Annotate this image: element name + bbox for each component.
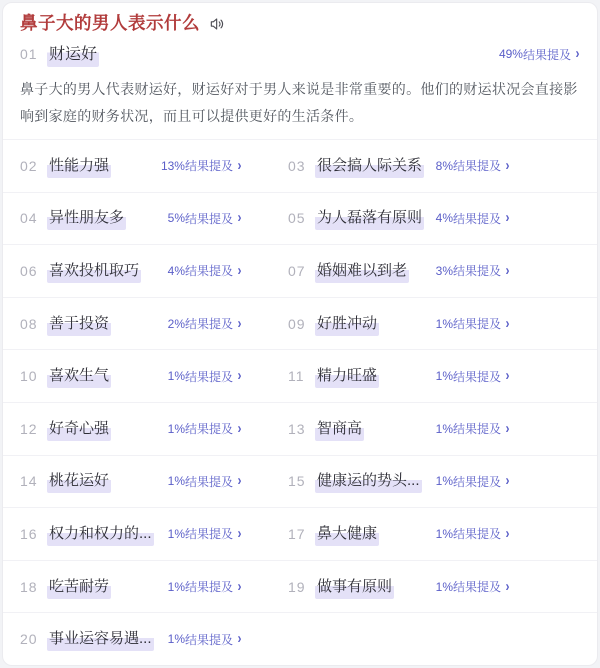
mention-suffix: 结果提及 [185, 210, 233, 227]
header: 鼻子大的男人表示什么 [3, 3, 597, 35]
item-rank: 12 [20, 421, 47, 437]
mention-percent: 5% [168, 211, 185, 225]
item-label: 善于投资 [47, 312, 111, 336]
mention-suffix: 结果提及 [453, 210, 501, 227]
item-label: 婚姻难以到老 [315, 259, 409, 283]
mention-suffix: 结果提及 [523, 46, 571, 63]
chevron-right-icon: › [506, 160, 510, 172]
list-item[interactable]: 04异性朋友多5%结果提及› [20, 206, 242, 230]
mention-percent: 1% [436, 527, 453, 541]
item-description: 鼻子大的男人代表财运好，财运好对于男人来说是非常重要的。他们的财运状况会直接影响… [20, 76, 580, 139]
mention-suffix: 结果提及 [185, 262, 233, 279]
list-item[interactable]: 11精力旺盛1%结果提及› [288, 364, 510, 388]
item-label: 桃花运好 [47, 469, 111, 493]
list-item[interactable]: 20事业运容易遇...1%结果提及› [20, 627, 242, 651]
chevron-right-icon: › [506, 581, 510, 593]
chevron-right-icon: › [238, 160, 242, 172]
item-mention-link[interactable]: 1%结果提及› [168, 420, 242, 437]
item-rank: 09 [288, 316, 315, 332]
item-mention-link[interactable]: 49%结果提及› [499, 46, 580, 63]
list-item[interactable]: 02性能力强13%结果提及› [20, 154, 242, 178]
item-label: 好胜冲动 [315, 312, 379, 336]
item-rank: 04 [20, 210, 47, 226]
grid-row: 02性能力强13%结果提及›03很会搞人际关系8%结果提及› [3, 139, 597, 192]
mention-suffix: 结果提及 [453, 525, 501, 542]
list-item[interactable]: 05为人磊落有原则4%结果提及› [288, 206, 510, 230]
grid-row: 16权力和权力的...1%结果提及›17鼻大健康1%结果提及› [3, 507, 597, 560]
item-mention-link[interactable]: 1%结果提及› [436, 473, 510, 490]
grid-row: 10喜欢生气1%结果提及›11精力旺盛1%结果提及› [3, 349, 597, 402]
item-label: 鼻大健康 [315, 522, 379, 546]
list-item[interactable]: 19做事有原则1%结果提及› [288, 575, 510, 599]
chevron-right-icon: › [238, 212, 242, 224]
chevron-right-icon: › [238, 318, 242, 330]
item-mention-link[interactable]: 5%结果提及› [168, 210, 242, 227]
mention-percent: 1% [436, 422, 453, 436]
item-mention-link[interactable]: 13%结果提及› [161, 157, 242, 174]
mention-percent: 1% [168, 474, 185, 488]
item-label: 喜欢生气 [47, 364, 111, 388]
mention-suffix: 结果提及 [185, 157, 233, 174]
list-item[interactable]: 09好胜冲动1%结果提及› [288, 312, 510, 336]
list-item-featured[interactable]: 01 财运好 49%结果提及› [3, 36, 597, 72]
item-mention-link[interactable]: 4%结果提及› [168, 262, 242, 279]
mention-suffix: 结果提及 [453, 578, 501, 595]
mention-suffix: 结果提及 [453, 315, 501, 332]
item-label: 智商高 [315, 417, 364, 441]
chevron-right-icon: › [238, 370, 242, 382]
chevron-right-icon: › [238, 633, 242, 645]
item-label: 异性朋友多 [47, 206, 126, 230]
item-label: 权力和权力的... [47, 522, 154, 546]
item-mention-link[interactable]: 1%结果提及› [168, 473, 242, 490]
page-title: 鼻子大的男人表示什么 [20, 11, 200, 35]
chevron-right-icon: › [238, 475, 242, 487]
item-mention-link[interactable]: 1%结果提及› [436, 315, 510, 332]
grid-row: 18吃苦耐劳1%结果提及›19做事有原则1%结果提及› [3, 560, 597, 613]
grid-row: 20事业运容易遇...1%结果提及› [3, 612, 597, 665]
mention-percent: 1% [168, 632, 185, 646]
mention-percent: 1% [168, 422, 185, 436]
mention-percent: 4% [168, 264, 185, 278]
mention-suffix: 结果提及 [453, 368, 501, 385]
mention-percent: 8% [436, 159, 453, 173]
item-rank: 01 [20, 46, 47, 62]
item-mention-link[interactable]: 1%结果提及› [168, 631, 242, 648]
item-rank: 10 [20, 368, 47, 384]
item-label: 为人磊落有原则 [315, 206, 424, 230]
item-rank: 14 [20, 473, 47, 489]
grid-row: 04异性朋友多5%结果提及›05为人磊落有原则4%结果提及› [3, 192, 597, 245]
mention-suffix: 结果提及 [453, 420, 501, 437]
item-mention-link[interactable]: 1%结果提及› [168, 525, 242, 542]
item-mention-link[interactable]: 8%结果提及› [436, 157, 510, 174]
item-label: 做事有原则 [315, 575, 394, 599]
chevron-right-icon: › [238, 423, 242, 435]
item-mention-link[interactable]: 1%结果提及› [436, 578, 510, 595]
item-label: 事业运容易遇... [47, 627, 154, 651]
mention-suffix: 结果提及 [185, 525, 233, 542]
item-rank: 06 [20, 263, 47, 279]
mention-suffix: 结果提及 [453, 262, 501, 279]
list-item[interactable]: 18吃苦耐劳1%结果提及› [20, 575, 242, 599]
item-rank: 03 [288, 158, 315, 174]
chevron-right-icon: › [506, 370, 510, 382]
list-item[interactable]: 07婚姻难以到老3%结果提及› [288, 259, 510, 283]
mention-percent: 1% [436, 474, 453, 488]
item-label: 喜欢投机取巧 [47, 259, 141, 283]
item-label: 精力旺盛 [315, 364, 379, 388]
chevron-right-icon: › [576, 48, 580, 60]
mention-suffix: 结果提及 [185, 473, 233, 490]
item-rank: 16 [20, 526, 47, 542]
items-grid: 02性能力强13%结果提及›03很会搞人际关系8%结果提及›04异性朋友多5%结… [3, 139, 597, 665]
item-rank: 17 [288, 526, 315, 542]
mention-percent: 1% [168, 527, 185, 541]
list-item[interactable]: 10喜欢生气1%结果提及› [20, 364, 242, 388]
mention-percent: 4% [436, 211, 453, 225]
item-label: 吃苦耐劳 [47, 575, 111, 599]
item-rank: 15 [288, 473, 315, 489]
mention-suffix: 结果提及 [185, 420, 233, 437]
chevron-right-icon: › [238, 265, 242, 277]
chevron-right-icon: › [506, 475, 510, 487]
item-rank: 02 [20, 158, 47, 174]
mention-suffix: 结果提及 [453, 157, 501, 174]
list-item[interactable]: 08善于投资2%结果提及› [20, 312, 242, 336]
list-item[interactable]: 17鼻大健康1%结果提及› [288, 522, 510, 546]
mention-percent: 13% [161, 159, 185, 173]
item-rank: 07 [288, 263, 315, 279]
results-card: 鼻子大的男人表示什么 01 财运好 49%结果提及› 鼻子大的男人代表财运好，财… [2, 2, 598, 666]
chevron-right-icon: › [506, 265, 510, 277]
grid-row: 06喜欢投机取巧4%结果提及›07婚姻难以到老3%结果提及› [3, 244, 597, 297]
item-mention-link[interactable]: 4%结果提及› [436, 210, 510, 227]
chevron-right-icon: › [506, 423, 510, 435]
item-mention-link[interactable]: 1%结果提及› [168, 368, 242, 385]
mention-percent: 49% [499, 47, 523, 61]
grid-row: 14桃花运好1%结果提及›15健康运的势头...1%结果提及› [3, 455, 597, 508]
item-label: 健康运的势头... [315, 469, 422, 493]
item-rank: 13 [288, 421, 315, 437]
mention-percent: 1% [436, 369, 453, 383]
mention-suffix: 结果提及 [185, 315, 233, 332]
item-mention-link[interactable]: 3%结果提及› [436, 262, 510, 279]
mention-percent: 2% [168, 317, 185, 331]
mention-percent: 1% [436, 317, 453, 331]
list-item[interactable]: 15健康运的势头...1%结果提及› [288, 469, 510, 493]
list-item[interactable]: 13智商高1%结果提及› [288, 417, 510, 441]
item-mention-link[interactable]: 1%结果提及› [436, 420, 510, 437]
chevron-right-icon: › [506, 528, 510, 540]
mention-percent: 1% [436, 580, 453, 594]
chevron-right-icon: › [238, 528, 242, 540]
speaker-icon[interactable] [209, 16, 225, 32]
item-mention-link[interactable]: 1%结果提及› [436, 368, 510, 385]
chevron-right-icon: › [238, 581, 242, 593]
mention-suffix: 结果提及 [185, 578, 233, 595]
item-rank: 05 [288, 210, 315, 226]
chevron-right-icon: › [506, 212, 510, 224]
list-item[interactable]: 03很会搞人际关系8%结果提及› [288, 154, 510, 178]
mention-percent: 3% [436, 264, 453, 278]
item-label: 很会搞人际关系 [315, 154, 424, 178]
item-mention-link[interactable]: 2%结果提及› [168, 315, 242, 332]
item-label: 财运好 [47, 41, 99, 67]
chevron-right-icon: › [506, 318, 510, 330]
item-rank: 20 [20, 631, 47, 647]
item-rank: 11 [288, 368, 315, 384]
grid-row: 08善于投资2%结果提及›09好胜冲动1%结果提及› [3, 297, 597, 350]
mention-suffix: 结果提及 [185, 631, 233, 648]
item-label: 好奇心强 [47, 417, 111, 441]
item-rank: 18 [20, 579, 47, 595]
list-item[interactable]: 06喜欢投机取巧4%结果提及› [20, 259, 242, 283]
item-rank: 08 [20, 316, 47, 332]
item-rank: 19 [288, 579, 315, 595]
mention-percent: 1% [168, 369, 185, 383]
mention-percent: 1% [168, 580, 185, 594]
list-item[interactable]: 16权力和权力的...1%结果提及› [20, 522, 242, 546]
mention-suffix: 结果提及 [185, 368, 233, 385]
item-label: 性能力强 [47, 154, 111, 178]
list-item[interactable]: 12好奇心强1%结果提及› [20, 417, 242, 441]
grid-row: 12好奇心强1%结果提及›13智商高1%结果提及› [3, 402, 597, 455]
item-mention-link[interactable]: 1%结果提及› [436, 525, 510, 542]
mention-suffix: 结果提及 [453, 473, 501, 490]
list-item[interactable]: 14桃花运好1%结果提及› [20, 469, 242, 493]
item-mention-link[interactable]: 1%结果提及› [168, 578, 242, 595]
